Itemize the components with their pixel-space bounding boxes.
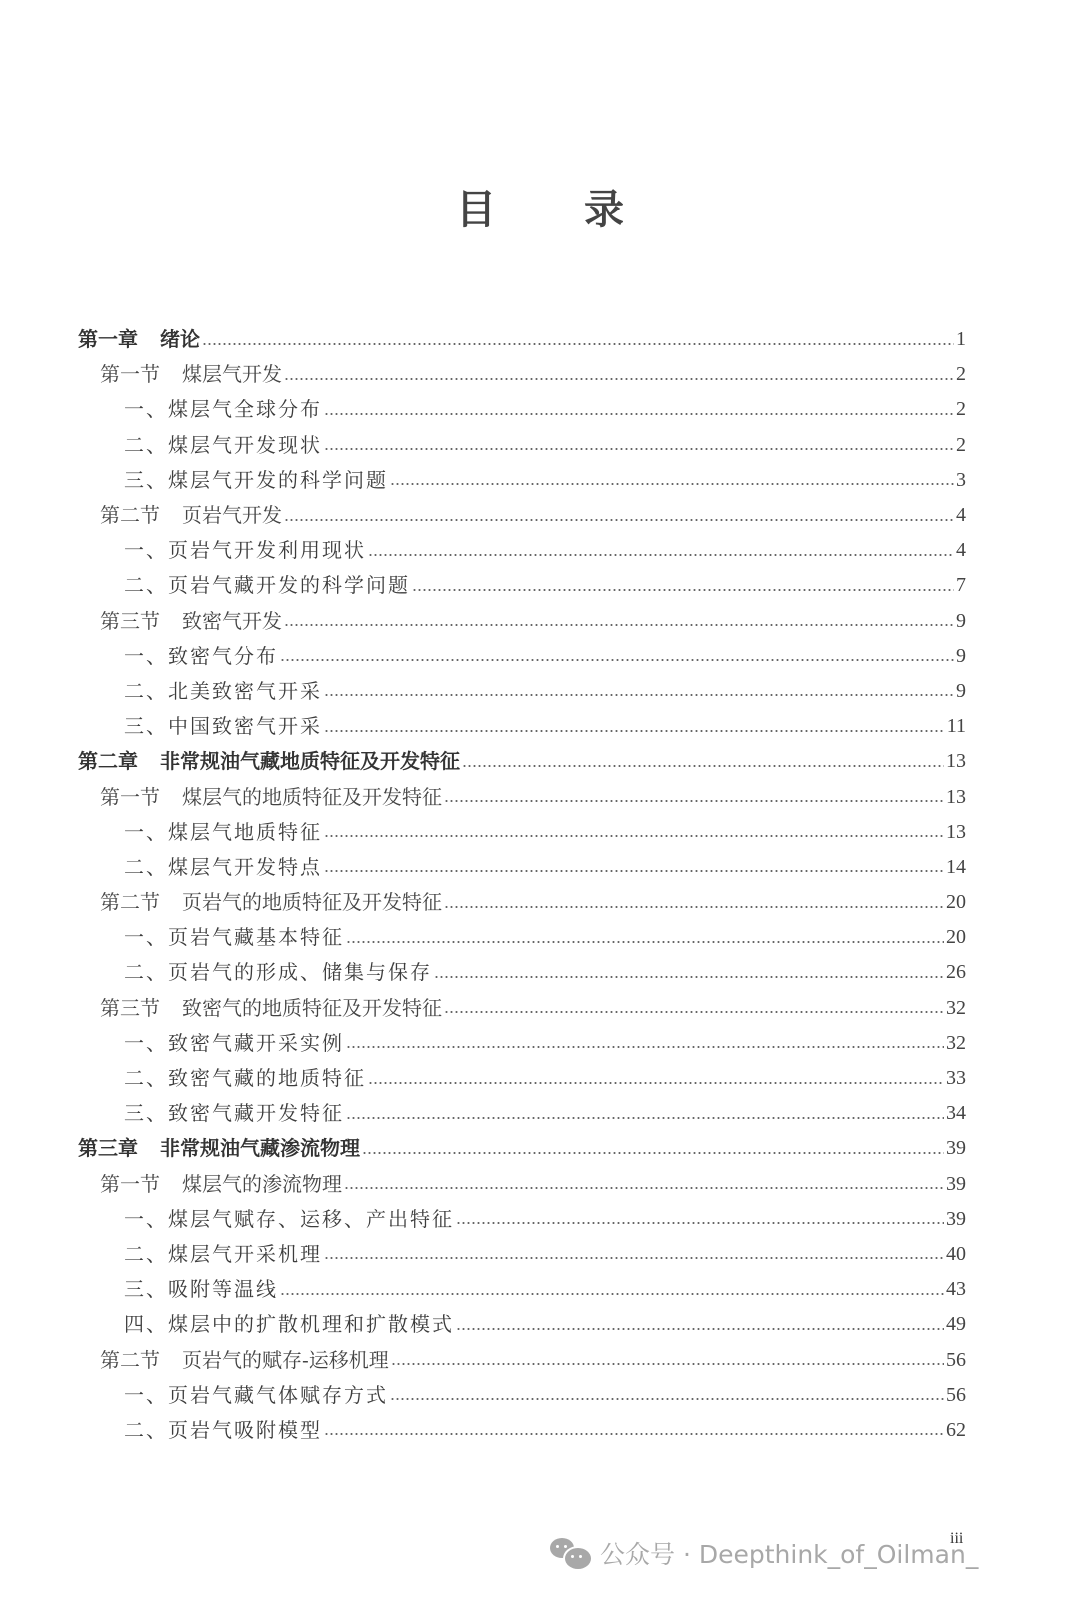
toc-entry-page: 56 bbox=[946, 1343, 966, 1378]
toc-entry-label: 第二节页岩气的地质特征及开发特征 bbox=[100, 885, 442, 920]
toc-entry-text: 一、致密气分布 bbox=[124, 644, 278, 668]
toc-entry-text: 一、页岩气开发利用现状 bbox=[124, 538, 366, 562]
toc-entry-prefix: 第二节 bbox=[100, 1343, 160, 1378]
dot-leader bbox=[324, 1256, 944, 1260]
toc-entry-item[interactable]: 一、页岩气开发利用现状4 bbox=[78, 533, 966, 568]
toc-entry-text: 页岩气的地质特征及开发特征 bbox=[182, 890, 442, 914]
toc-entry-text: 三、吸附等温线 bbox=[124, 1277, 278, 1301]
dot-leader bbox=[324, 834, 944, 838]
toc-entry-text: 一、页岩气藏基本特征 bbox=[124, 925, 344, 949]
toc-entry-label: 二、致密气藏的地质特征 bbox=[124, 1061, 366, 1096]
toc-entry-prefix: 第三章 bbox=[78, 1131, 138, 1166]
dot-leader bbox=[346, 1116, 944, 1120]
title-char-1: 目 bbox=[456, 178, 496, 235]
toc-entry-text: 四、煤层中的扩散机理和扩散模式 bbox=[124, 1312, 454, 1336]
toc-entry-text: 三、中国致密气开采 bbox=[124, 714, 322, 738]
table-of-contents: 第一章绪论1第一节煤层气开发2一、煤层气全球分布2二、煤层气开发现状2三、煤层气… bbox=[78, 322, 966, 1448]
wechat-icon bbox=[550, 1536, 590, 1570]
toc-entry-text: 二、页岩气的形成、储集与保存 bbox=[124, 960, 432, 984]
toc-entry-page: 39 bbox=[946, 1167, 966, 1202]
toc-entry-label: 一、页岩气藏基本特征 bbox=[124, 920, 344, 955]
dot-leader bbox=[444, 799, 944, 803]
toc-entry-page: 3 bbox=[956, 463, 966, 498]
toc-entry-prefix: 第二章 bbox=[78, 744, 138, 779]
toc-entry-label: 二、页岩气吸附模型 bbox=[124, 1413, 322, 1448]
toc-entry-page: 9 bbox=[956, 604, 966, 639]
dot-leader bbox=[434, 975, 944, 979]
toc-entry-text: 一、煤层气赋存、运移、产出特征 bbox=[124, 1207, 454, 1231]
toc-entry-text: 煤层气开发 bbox=[182, 362, 282, 386]
toc-entry-text: 二、煤层气开采机理 bbox=[124, 1242, 322, 1266]
toc-entry-label: 一、页岩气开发利用现状 bbox=[124, 533, 366, 568]
dot-leader bbox=[280, 658, 954, 662]
toc-entry-page: 40 bbox=[946, 1237, 966, 1272]
toc-entry-page: 7 bbox=[956, 568, 966, 603]
toc-entry-label: 三、中国致密气开采 bbox=[124, 709, 322, 744]
toc-entry-page: 9 bbox=[956, 639, 966, 674]
toc-entry-page: 43 bbox=[946, 1272, 966, 1307]
toc-entry-item[interactable]: 二、北美致密气开采9 bbox=[78, 674, 966, 709]
dot-leader bbox=[390, 482, 954, 486]
toc-entry-label: 一、致密气分布 bbox=[124, 639, 278, 674]
dot-leader bbox=[456, 1221, 944, 1225]
dot-leader bbox=[462, 764, 944, 768]
toc-entry-text: 二、致密气藏的地质特征 bbox=[124, 1066, 366, 1090]
toc-entry-label: 第二章非常规油气藏地质特征及开发特征 bbox=[78, 744, 460, 779]
toc-entry-label: 一、煤层气全球分布 bbox=[124, 392, 322, 427]
toc-entry-page: 32 bbox=[946, 1026, 966, 1061]
toc-entry-item[interactable]: 三、中国致密气开采11 bbox=[78, 709, 966, 744]
toc-entry-prefix: 第一节 bbox=[100, 1167, 160, 1202]
toc-entry-prefix: 第一章 bbox=[78, 322, 138, 357]
toc-entry-section[interactable]: 第二节页岩气的赋存-运移机理56 bbox=[78, 1342, 966, 1377]
toc-entry-page: 49 bbox=[946, 1307, 966, 1342]
toc-entry-label: 一、煤层气地质特征 bbox=[124, 815, 322, 850]
toc-entry-section[interactable]: 第一节煤层气开发2 bbox=[78, 357, 966, 392]
dot-leader bbox=[284, 623, 954, 627]
toc-entry-page: 20 bbox=[946, 920, 966, 955]
toc-entry-text: 二、煤层气开发现状 bbox=[124, 433, 322, 457]
toc-entry-section[interactable]: 第二节页岩气开发4 bbox=[78, 498, 966, 533]
toc-entry-item[interactable]: 三、煤层气开发的科学问题3 bbox=[78, 463, 966, 498]
dot-leader bbox=[324, 412, 954, 416]
toc-entry-label: 四、煤层中的扩散机理和扩散模式 bbox=[124, 1307, 454, 1342]
dot-leader bbox=[324, 1432, 944, 1436]
toc-entry-item[interactable]: 三、致密气藏开发特征34 bbox=[78, 1096, 966, 1131]
toc-entry-chapter[interactable]: 第一章绪论1 bbox=[78, 322, 966, 357]
toc-entry-label: 一、煤层气赋存、运移、产出特征 bbox=[124, 1202, 454, 1237]
toc-entry-text: 致密气的地质特征及开发特征 bbox=[182, 996, 442, 1020]
toc-entry-page: 2 bbox=[956, 392, 966, 427]
toc-entry-label: 二、煤层气开采机理 bbox=[124, 1237, 322, 1272]
toc-entry-text: 绪论 bbox=[160, 327, 200, 351]
toc-entry-text: 非常规油气藏渗流物理 bbox=[160, 1136, 360, 1160]
dot-leader bbox=[362, 1151, 944, 1155]
toc-entry-label: 三、致密气藏开发特征 bbox=[124, 1096, 344, 1131]
toc-entry-item[interactable]: 二、致密气藏的地质特征33 bbox=[78, 1061, 966, 1096]
toc-entry-page: 62 bbox=[946, 1413, 966, 1448]
toc-entry-text: 页岩气开发 bbox=[182, 503, 282, 527]
toc-entry-label: 第三节致密气开发 bbox=[100, 604, 282, 639]
toc-entry-page: 56 bbox=[946, 1378, 966, 1413]
toc-entry-page: 2 bbox=[956, 428, 966, 463]
watermark-text: 公众号 · Deepthink_of_Oilman_ bbox=[600, 1535, 978, 1571]
toc-entry-page: 4 bbox=[956, 498, 966, 533]
toc-entry-label: 第二节页岩气开发 bbox=[100, 498, 282, 533]
toc-entry-page: 39 bbox=[946, 1202, 966, 1237]
dot-leader bbox=[391, 1362, 944, 1366]
toc-entry-label: 第三章非常规油气藏渗流物理 bbox=[78, 1131, 360, 1166]
toc-entry-label: 二、北美致密气开采 bbox=[124, 674, 322, 709]
toc-entry-label: 三、煤层气开发的科学问题 bbox=[124, 463, 388, 498]
dot-leader bbox=[324, 693, 954, 697]
toc-entry-page: 1 bbox=[956, 322, 966, 357]
toc-entry-text: 一、煤层气地质特征 bbox=[124, 820, 322, 844]
toc-entry-item[interactable]: 二、页岩气藏开发的科学问题7 bbox=[78, 568, 966, 603]
dot-leader bbox=[390, 1397, 944, 1401]
dot-leader bbox=[324, 729, 945, 733]
toc-entry-prefix: 第一节 bbox=[100, 357, 160, 392]
toc-entry-label: 一、页岩气藏气体赋存方式 bbox=[124, 1378, 388, 1413]
toc-entry-label: 二、页岩气的形成、储集与保存 bbox=[124, 955, 432, 990]
toc-entry-page: 11 bbox=[947, 709, 966, 744]
toc-entry-prefix: 第三节 bbox=[100, 991, 160, 1026]
toc-entry-page: 33 bbox=[946, 1061, 966, 1096]
toc-entry-page: 26 bbox=[946, 955, 966, 990]
toc-entry-item[interactable]: 四、煤层中的扩散机理和扩散模式49 bbox=[78, 1307, 966, 1342]
toc-entry-label: 第一节煤层气开发 bbox=[100, 357, 282, 392]
dot-leader bbox=[324, 447, 954, 451]
toc-entry-section[interactable]: 第一节煤层气的地质特征及开发特征13 bbox=[78, 779, 966, 814]
toc-entry-text: 一、致密气藏开采实例 bbox=[124, 1031, 344, 1055]
dot-leader bbox=[284, 518, 954, 522]
toc-entry-page: 20 bbox=[946, 885, 966, 920]
toc-entry-page: 2 bbox=[956, 357, 966, 392]
toc-entry-prefix: 第三节 bbox=[100, 604, 160, 639]
toc-entry-text: 三、煤层气开发的科学问题 bbox=[124, 468, 388, 492]
toc-entry-text: 二、北美致密气开采 bbox=[124, 679, 322, 703]
toc-entry-item[interactable]: 二、煤层气开发现状2 bbox=[78, 428, 966, 463]
toc-entry-page: 14 bbox=[946, 850, 966, 885]
toc-entry-prefix: 第二节 bbox=[100, 885, 160, 920]
toc-entry-label: 第二节页岩气的赋存-运移机理 bbox=[100, 1343, 389, 1378]
toc-entry-page: 32 bbox=[946, 991, 966, 1026]
toc-entry-text: 页岩气的赋存-运移机理 bbox=[182, 1348, 389, 1372]
toc-entry-text: 非常规油气藏地质特征及开发特征 bbox=[160, 749, 460, 773]
dot-leader bbox=[280, 1292, 944, 1296]
dot-leader bbox=[202, 342, 954, 346]
toc-entry-label: 二、页岩气藏开发的科学问题 bbox=[124, 568, 410, 603]
toc-entry-chapter[interactable]: 第二章非常规油气藏地质特征及开发特征13 bbox=[78, 744, 966, 779]
toc-entry-label: 第一节煤层气的地质特征及开发特征 bbox=[100, 780, 442, 815]
toc-entry-label: 一、致密气藏开采实例 bbox=[124, 1026, 344, 1061]
toc-entry-item[interactable]: 一、致密气分布9 bbox=[78, 639, 966, 674]
watermark: 公众号 · Deepthink_of_Oilman_ bbox=[550, 1535, 978, 1571]
toc-entry-label: 第三节致密气的地质特征及开发特征 bbox=[100, 991, 442, 1026]
toc-entry-label: 二、煤层气开发现状 bbox=[124, 428, 322, 463]
dot-leader bbox=[284, 377, 954, 381]
toc-entry-page: 13 bbox=[946, 780, 966, 815]
toc-entry-text: 二、页岩气藏开发的科学问题 bbox=[124, 573, 410, 597]
toc-entry-item[interactable]: 二、煤层气开采机理40 bbox=[78, 1237, 966, 1272]
toc-entry-page: 9 bbox=[956, 674, 966, 709]
toc-entry-page: 13 bbox=[946, 744, 966, 779]
page-title: 目录 bbox=[0, 178, 1080, 235]
toc-entry-page: 39 bbox=[946, 1131, 966, 1166]
toc-entry-item[interactable]: 三、吸附等温线43 bbox=[78, 1272, 966, 1307]
toc-entry-item[interactable]: 二、页岩气的形成、储集与保存26 bbox=[78, 955, 966, 990]
toc-entry-item[interactable]: 二、页岩气吸附模型62 bbox=[78, 1413, 966, 1448]
toc-entry-section[interactable]: 第三节致密气的地质特征及开发特征32 bbox=[78, 991, 966, 1026]
toc-entry-item[interactable]: 一、煤层气赋存、运移、产出特征39 bbox=[78, 1202, 966, 1237]
toc-entry-section[interactable]: 第二节页岩气的地质特征及开发特征20 bbox=[78, 885, 966, 920]
toc-entry-section[interactable]: 第一节煤层气的渗流物理39 bbox=[78, 1167, 966, 1202]
title-char-2: 录 bbox=[584, 178, 624, 235]
dot-leader bbox=[346, 1045, 944, 1049]
toc-entry-label: 二、煤层气开发特点 bbox=[124, 850, 322, 885]
toc-entry-label: 三、吸附等温线 bbox=[124, 1272, 278, 1307]
dot-leader bbox=[368, 1081, 944, 1085]
dot-leader bbox=[412, 588, 954, 592]
toc-entry-item[interactable]: 一、煤层气全球分布2 bbox=[78, 392, 966, 427]
dot-leader bbox=[368, 553, 954, 557]
page-number: iii bbox=[950, 1530, 963, 1548]
toc-entry-prefix: 第一节 bbox=[100, 780, 160, 815]
toc-entry-chapter[interactable]: 第三章非常规油气藏渗流物理39 bbox=[78, 1131, 966, 1166]
toc-entry-page: 34 bbox=[946, 1096, 966, 1131]
dot-leader bbox=[346, 940, 944, 944]
toc-entry-item[interactable]: 一、页岩气藏基本特征20 bbox=[78, 920, 966, 955]
dot-leader bbox=[456, 1327, 944, 1331]
toc-entry-item[interactable]: 二、煤层气开发特点14 bbox=[78, 850, 966, 885]
toc-entry-text: 一、煤层气全球分布 bbox=[124, 397, 322, 421]
toc-entry-text: 二、页岩气吸附模型 bbox=[124, 1418, 322, 1442]
toc-entry-text: 煤层气的地质特征及开发特征 bbox=[182, 785, 442, 809]
dot-leader bbox=[444, 905, 944, 909]
toc-entry-text: 一、页岩气藏气体赋存方式 bbox=[124, 1383, 388, 1407]
toc-entry-item[interactable]: 一、致密气藏开采实例32 bbox=[78, 1026, 966, 1061]
toc-entry-text: 二、煤层气开发特点 bbox=[124, 855, 322, 879]
toc-entry-section[interactable]: 第三节致密气开发9 bbox=[78, 604, 966, 639]
toc-entry-item[interactable]: 一、页岩气藏气体赋存方式56 bbox=[78, 1378, 966, 1413]
toc-entry-page: 4 bbox=[956, 533, 966, 568]
toc-entry-text: 致密气开发 bbox=[182, 609, 282, 633]
toc-entry-item[interactable]: 一、煤层气地质特征13 bbox=[78, 815, 966, 850]
toc-entry-label: 第一章绪论 bbox=[78, 322, 200, 357]
dot-leader bbox=[324, 869, 944, 873]
toc-entry-text: 三、致密气藏开发特征 bbox=[124, 1101, 344, 1125]
toc-entry-text: 煤层气的渗流物理 bbox=[182, 1172, 342, 1196]
dot-leader bbox=[444, 1010, 944, 1014]
toc-entry-page: 13 bbox=[946, 815, 966, 850]
toc-entry-prefix: 第二节 bbox=[100, 498, 160, 533]
dot-leader bbox=[344, 1186, 944, 1190]
toc-entry-label: 第一节煤层气的渗流物理 bbox=[100, 1167, 342, 1202]
